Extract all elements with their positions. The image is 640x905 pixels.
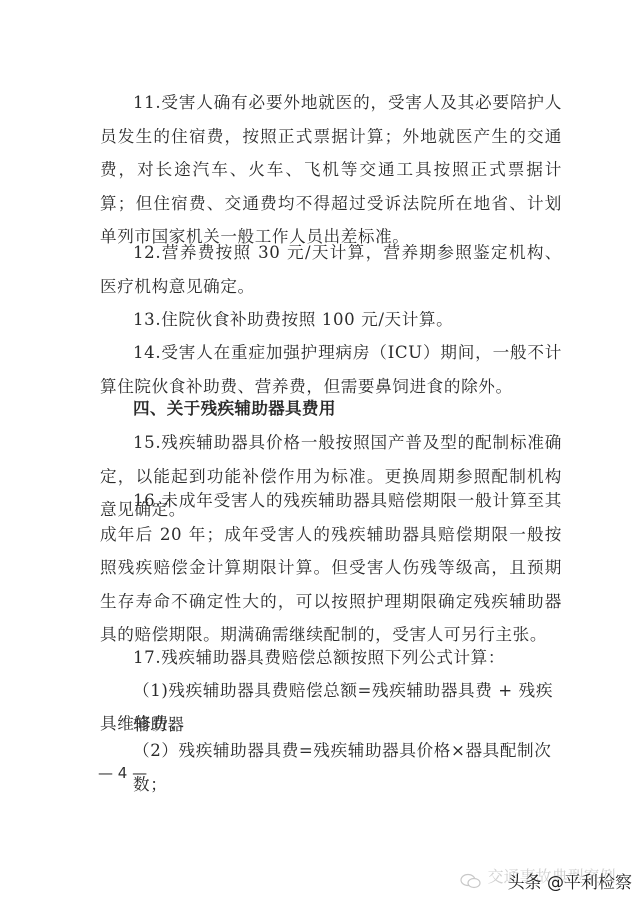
paragraph-12: 12.营养费按照 30 元/天计算，营养期参照鉴定机构、医疗机构意见确定。 xyxy=(100,236,562,303)
document-page: 11.受害人确有必要外地就医的，受害人及其必要陪护人员发生的住宿费，按照正式票据… xyxy=(0,0,640,905)
watermark-text: 头条 @平利检察 xyxy=(508,868,632,893)
paragraph-17: 17.残疾辅助器具费赔偿总额按照下列公式计算： xyxy=(100,641,562,675)
paragraph-16: 16.未成年受害人的残疾辅助器具赔偿期限一般计算至其成年后 20 年；成年受害人… xyxy=(100,484,562,652)
paragraph-11: 11.受害人确有必要外地就医的，受害人及其必要陪护人员发生的住宿费，按照正式票据… xyxy=(100,86,562,254)
formula-2: （2）残疾辅助器具费=残疾辅助器具价格×器具配制次数； xyxy=(133,734,562,801)
page-number: — 4 — xyxy=(98,764,147,782)
section-heading: 四、关于残疾辅助器具费用 xyxy=(133,392,336,426)
watermark: 交通事故典型案例 头条 @平利检察 xyxy=(460,868,632,893)
wechat-icon xyxy=(460,873,482,889)
formula-1-line1: （1)残疾辅助器具费赔偿总额=残疾辅助器具费 + 残疾辅助器 xyxy=(133,674,562,741)
paragraph-13: 13.住院伙食补助费按照 100 元/天计算。 xyxy=(100,303,562,337)
